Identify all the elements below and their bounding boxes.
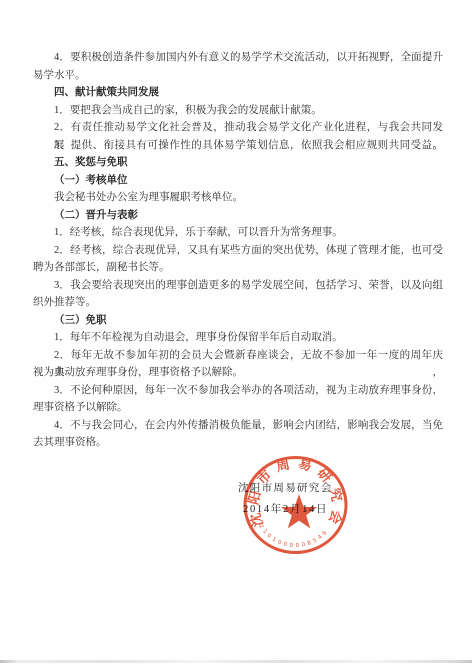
- document-line: 1．经考核，综合表现优异，乐于奉献，可以晋升为常务理事。: [33, 224, 443, 242]
- document-line: 五、奖惩与免职: [33, 154, 443, 172]
- document-line: 2．每年无故不参加年初的会员大会暨新春座谈会，无故不参加一年一度的周年庆典，: [33, 347, 443, 365]
- document-line: 2．经考核，综合表现优异，又具有某些方面的突出优势，体现了管理才能，也可受: [33, 242, 443, 260]
- document-line: 聘为各部部长，副秘书长等。: [33, 259, 443, 277]
- document-line: 1．每年不年检视为自动退会，理事身份保留半年后自动取消。: [33, 329, 443, 347]
- official-seal-stamp: 沈阳市周易研究会 2101000008548: [236, 448, 356, 560]
- document-line: 易学水平。: [33, 67, 443, 85]
- document-line: 4．要积极创造条件参加国内外有意义的易学学术交流活动，以开拓视野，全面提升: [33, 49, 443, 67]
- scanned-document-page: 4．要积极创造条件参加国内外有意义的易学学术交流活动，以开拓视野，全面提升易学水…: [0, 0, 472, 668]
- document-line: 我会秘书处办公室为理事履职考核单位。: [33, 189, 443, 207]
- document-line: （二）晋升与表彰: [33, 207, 443, 225]
- document-line: 3．不论何种原因，每年一次不参加我会举办的各项活动，视为主动放弃理事身份，: [33, 382, 443, 400]
- document-body: 4．要积极创造条件参加国内外有意义的易学学术交流活动，以开拓视野，全面提升易学水…: [33, 49, 443, 452]
- document-line: 4．不与我会同心，在会内外传播消极负能量，影响会内团结，影响我会发展，当免: [33, 417, 443, 435]
- document-line: 理事资格予以解除。: [33, 399, 443, 417]
- document-line: 1．要把我会当成自己的家，积极为我会的发展献计献策。: [33, 102, 443, 120]
- document-line: 四、献计献策共同发展: [33, 84, 443, 102]
- seal-star-icon: [281, 494, 317, 528]
- document-line: （一）考核单位: [33, 172, 443, 190]
- document-line: 3．我会要给表现突出的理事创造更多的易学发展空间，包括学习、荣誉，以及向组: [33, 277, 443, 295]
- document-line: 织外推荐等。: [33, 294, 443, 312]
- document-line: （三）免职: [33, 312, 443, 330]
- scan-edge-artifact: [0, 660, 472, 663]
- document-line: 2．有责任推动易学文化社会普及，推动我会易学文化产业化进程，与我会共同发展。: [33, 119, 443, 137]
- document-line: 3．提供、衔接具有可操作性的具体易学策划信息，依照我会相应规则共同受益。: [33, 137, 443, 155]
